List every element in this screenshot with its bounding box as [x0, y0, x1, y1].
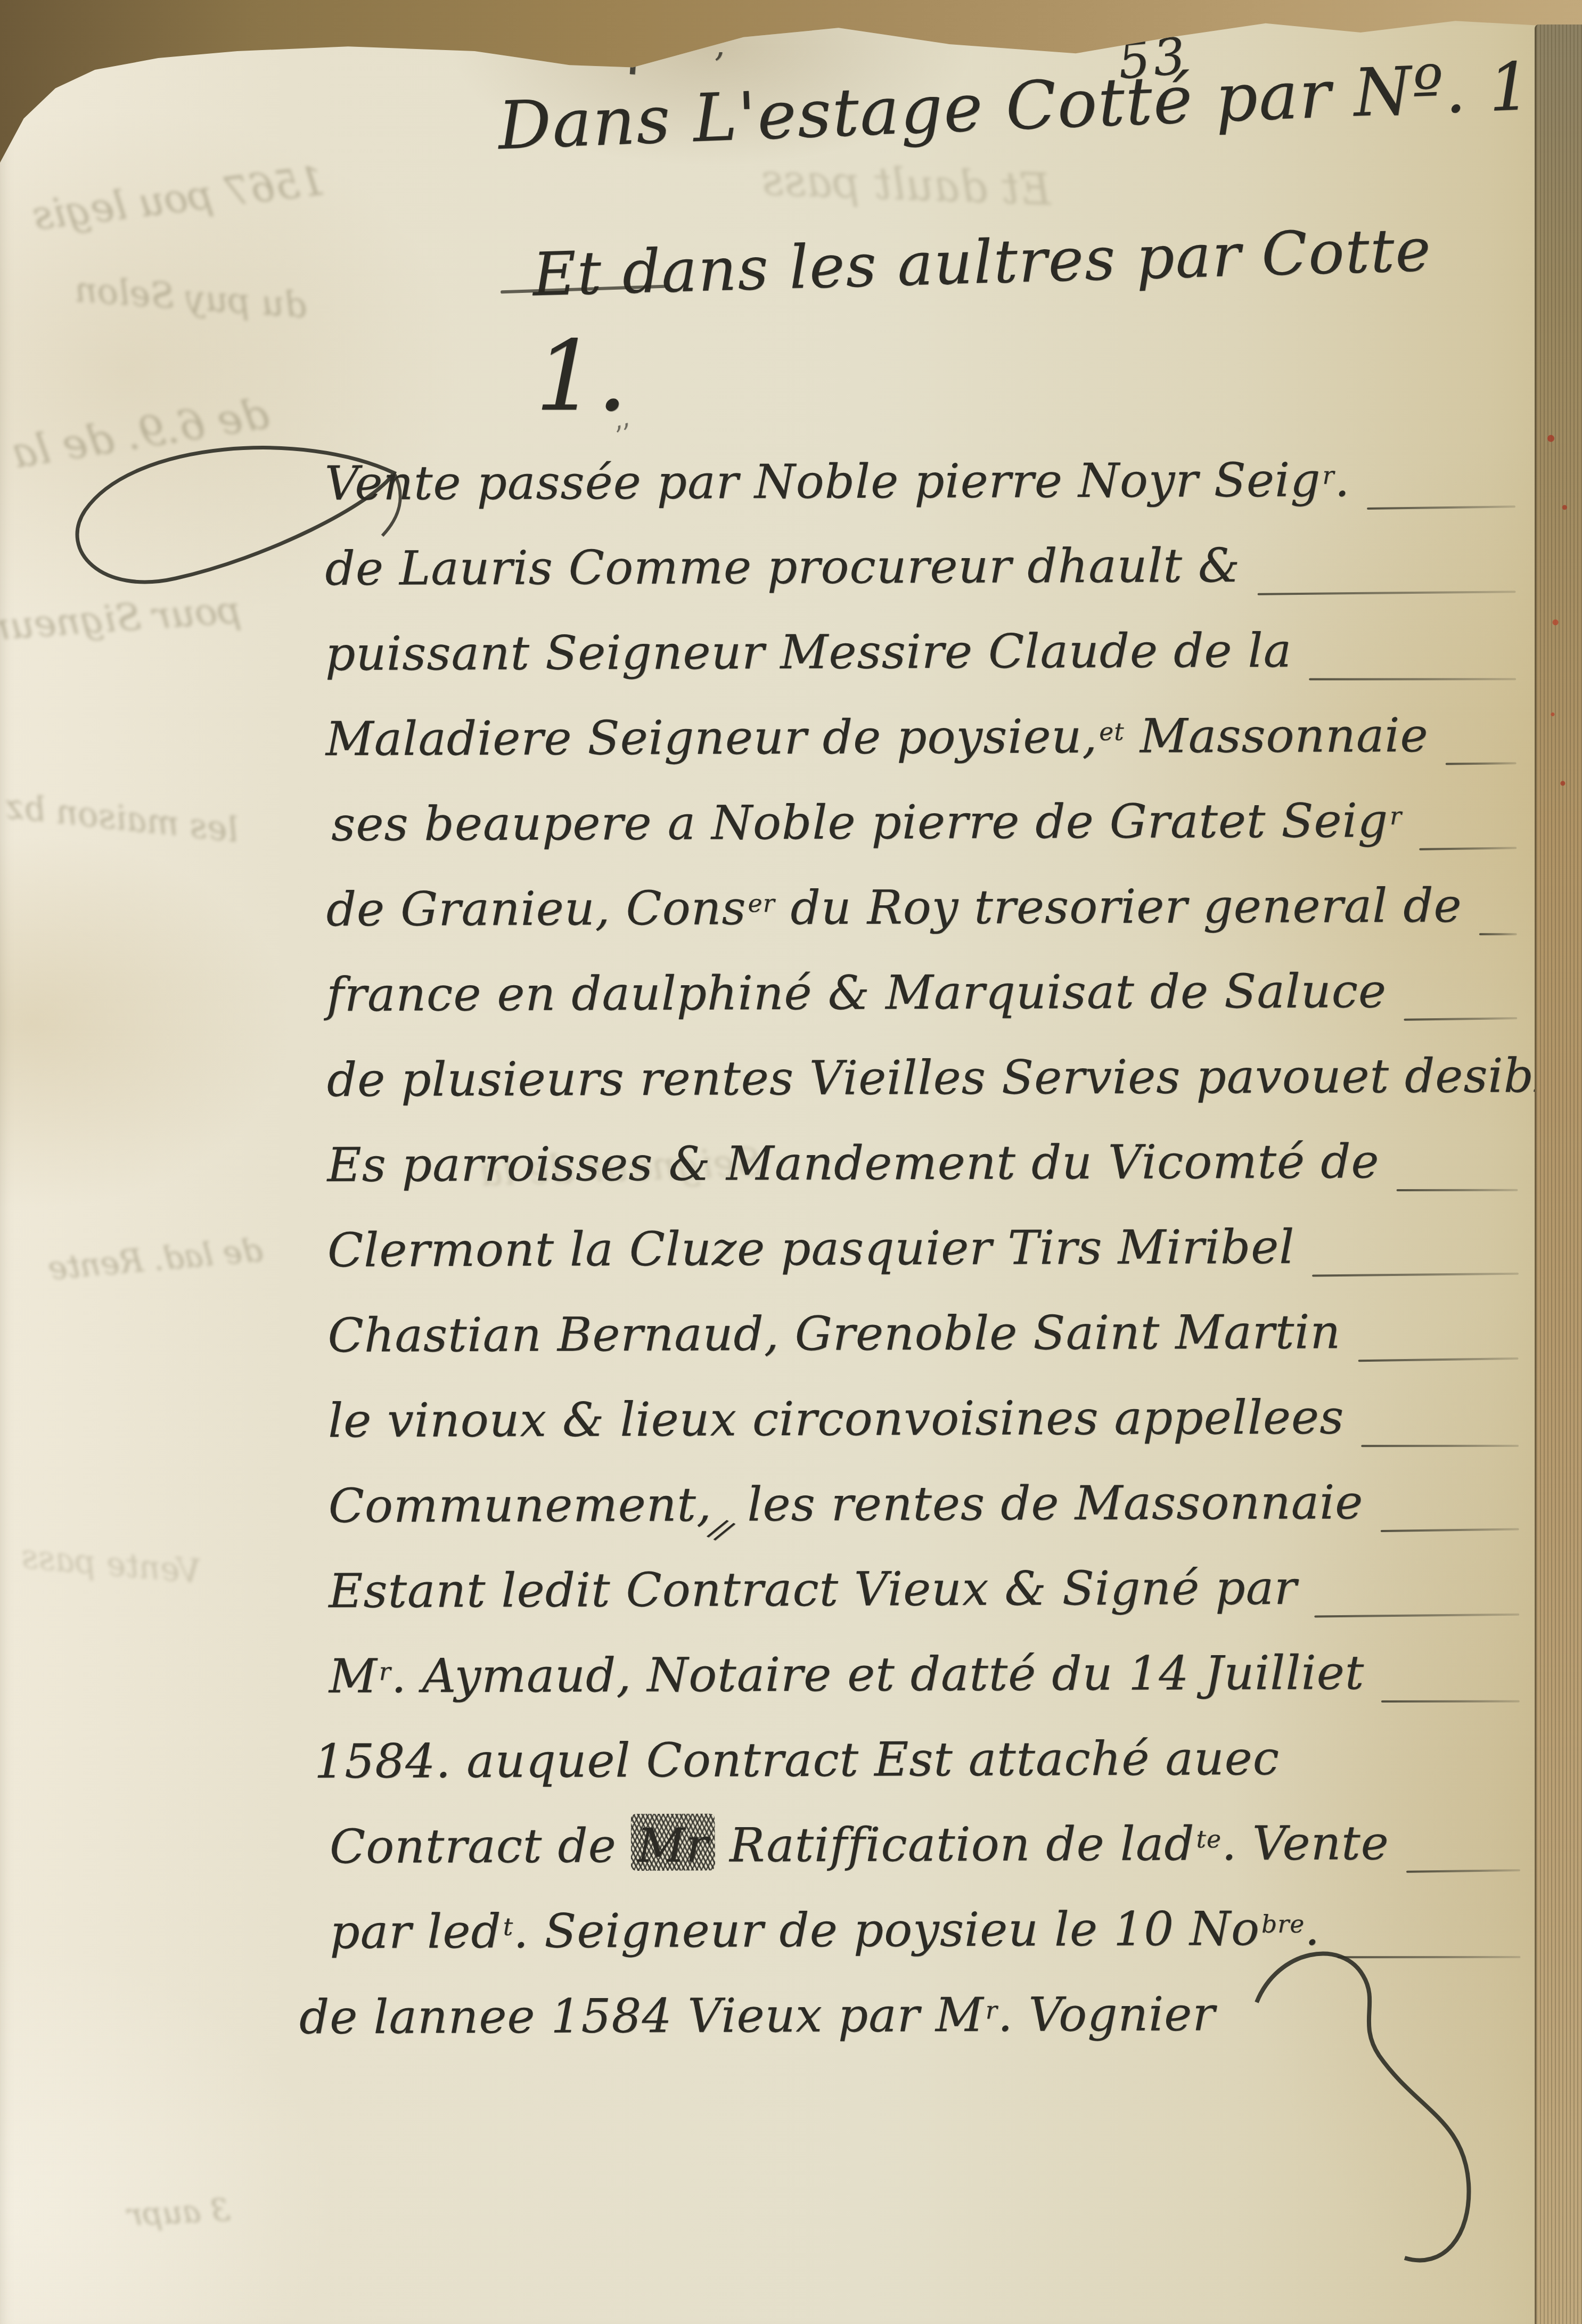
line-filler-dash — [1404, 1017, 1517, 1021]
text-line: Estant ledit Contract Vieux & Signé par — [329, 1559, 1527, 1649]
text-line: de Granieu, Conser du Roy tresorier gene… — [326, 878, 1524, 967]
line-filler-dash — [1257, 591, 1515, 595]
text-line: Communement,// les rentes de Massonnaie — [328, 1474, 1527, 1564]
line-filler-dash — [1479, 933, 1517, 935]
line-filler-dash — [1309, 678, 1516, 680]
text-line: Contract de Mr Ratiffication de ladte. V… — [330, 1815, 1528, 1904]
text-line: Vente passée par Noble pierre Noyr Seigr… — [325, 452, 1523, 541]
line-filler-dash — [1314, 1614, 1519, 1618]
text-line: 1584. auquel Contract Est attaché auec — [314, 1730, 1528, 1819]
body-lines: Vente passée par Noble pierre Noyr Seigr… — [325, 452, 1529, 2075]
manuscript-photo: 1567 pou legisdu puy Selonde 6.9. de lap… — [0, 0, 1582, 2324]
text-line: ses beaupere a Noble pierre de Gratet Se… — [331, 792, 1524, 882]
line-filler-dash — [1397, 1189, 1518, 1191]
text-line: Chastian Bernaud, Grenoble Saint Martin — [327, 1304, 1526, 1393]
line-filler-dash — [1446, 762, 1517, 765]
manuscript-page: 1567 pou legisdu puy Selonde 6.9. de lap… — [0, 0, 1582, 2324]
text-line: france en daulphiné & Marquisat de Saluc… — [326, 963, 1525, 1052]
text-line: Maladiere Seigneur de poysieu,et Massonn… — [325, 707, 1524, 797]
ghost-text-fragment: Et dault pass — [761, 155, 1052, 216]
cross-mark: + — [604, 0, 665, 94]
ghost-text-fragment: 1567 pou legis — [30, 158, 327, 240]
line-filler-dash — [1358, 1357, 1519, 1362]
heading-line-2: Et dans les aultres par Cotte — [532, 215, 1433, 309]
text-line: de plusieurs rentes Vieilles Servies pav… — [327, 1048, 1526, 1138]
line-filler-dash — [1380, 1528, 1519, 1532]
line-filler-dash — [1406, 1869, 1520, 1873]
text-line: le vinoux & lieux circonvoisines appelle… — [328, 1389, 1527, 1478]
ghost-text-fragment: les maison bz — [4, 787, 240, 850]
line-filler-dash — [1381, 1700, 1520, 1703]
ghost-text-fragment: du puy Selon — [73, 269, 308, 326]
line-filler-dash — [1419, 847, 1517, 850]
signature-flourish — [1241, 1917, 1486, 2311]
line-filler-dash — [1361, 1445, 1519, 1447]
text-line: Clermont la Cluze pasquier Tirs Miribel — [327, 1218, 1526, 1308]
line-filler-dash — [1312, 1273, 1519, 1277]
text-line: de Lauris Comme procureur dhault & — [325, 537, 1523, 626]
ghost-text-fragment: Vente pass — [20, 1536, 202, 1591]
line-filler-dash — [1367, 505, 1515, 510]
text-line: puissant Seigneur Messire Claude de la — [325, 622, 1524, 711]
ghost-text-fragment: de lad. Rente — [47, 1232, 264, 1288]
book-fore-edge — [1535, 24, 1582, 2324]
ghost-text-fragment: 3 aupr — [127, 2191, 231, 2233]
text-line: Mr. Aymaud, Notaire et datté du 14 Juill… — [329, 1644, 1528, 1734]
text-line: Es parroisses & Mandement du Vicomté de — [327, 1133, 1526, 1223]
